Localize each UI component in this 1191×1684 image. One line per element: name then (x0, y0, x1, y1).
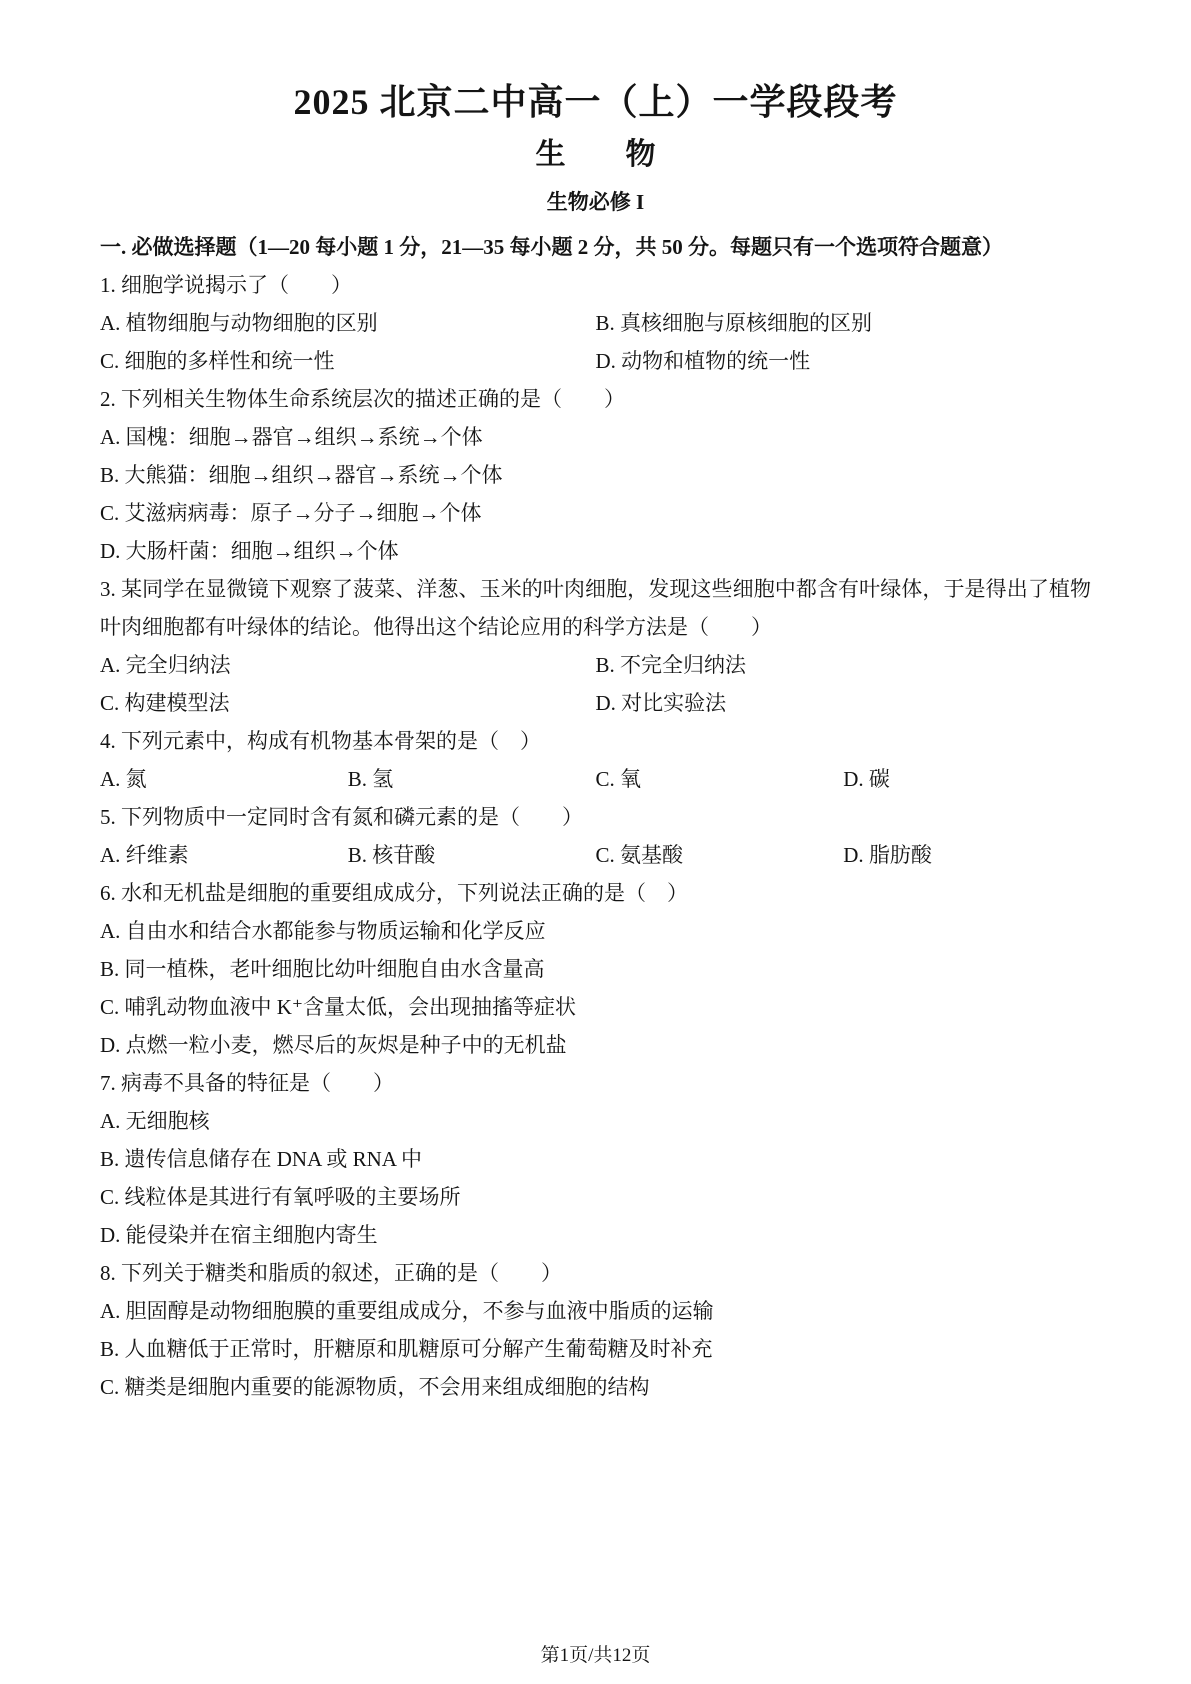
question: 7. 病毒不具备的特征是（ ）A. 无细胞核B. 遗传信息储存在 DNA 或 R… (100, 1064, 1091, 1254)
option: D. 对比实验法 (596, 684, 1092, 722)
options-grid: A. 氮B. 氢C. 氧D. 碳 (100, 760, 1091, 798)
question-stem: 8. 下列关于糖类和脂质的叙述，正确的是（ ） (100, 1254, 1091, 1292)
option: C. 氨基酸 (596, 836, 844, 874)
options-grid: A. 完全归纳法B. 不完全归纳法C. 构建模型法D. 对比实验法 (100, 646, 1091, 722)
question: 3. 某同学在显微镜下观察了菠菜、洋葱、玉米的叶肉细胞，发现这些细胞中都含有叶绿… (100, 570, 1091, 722)
option: B. 氢 (348, 760, 596, 798)
option: B. 人血糖低于正常时，肝糖原和肌糖原可分解产生葡萄糖及时补充 (100, 1330, 1091, 1368)
question: 4. 下列元素中，构成有机物基本骨架的是（ ）A. 氮B. 氢C. 氧D. 碳 (100, 722, 1091, 798)
option: A. 完全归纳法 (100, 646, 596, 684)
option: A. 氮 (100, 760, 348, 798)
option: A. 自由水和结合水都能参与物质运输和化学反应 (100, 912, 1091, 950)
questions: 1. 细胞学说揭示了（ ）A. 植物细胞与动物细胞的区别B. 真核细胞与原核细胞… (100, 266, 1091, 1406)
question: 2. 下列相关生物体生命系统层次的描述正确的是（ ）A. 国槐：细胞→器官→组织… (100, 380, 1091, 570)
option: D. 大肠杆菌：细胞→组织→个体 (100, 532, 1091, 570)
question: 8. 下列关于糖类和脂质的叙述，正确的是（ ）A. 胆固醇是动物细胞膜的重要组成… (100, 1254, 1091, 1406)
option: A. 国槐：细胞→器官→组织→系统→个体 (100, 418, 1091, 456)
question-stem: 2. 下列相关生物体生命系统层次的描述正确的是（ ） (100, 380, 1091, 418)
page-content: 2025 北京二中高一（上）一学段段考 生 物 生物必修 I 一. 必做选择题（… (0, 0, 1191, 1406)
option: D. 点燃一粒小麦，燃尽后的灰烬是种子中的无机盐 (100, 1026, 1091, 1064)
option: A. 无细胞核 (100, 1102, 1091, 1140)
option: D. 脂肪酸 (843, 836, 1091, 874)
option: D. 动物和植物的统一性 (596, 342, 1092, 380)
option: C. 细胞的多样性和统一性 (100, 342, 596, 380)
module-title: 生物必修 I (100, 186, 1091, 218)
exam-page: 2025 北京二中高一（上）一学段段考 生 物 生物必修 I 一. 必做选择题（… (0, 0, 1191, 1684)
option: D. 碳 (843, 760, 1091, 798)
option: A. 胆固醇是动物细胞膜的重要组成成分，不参与血液中脂质的运输 (100, 1292, 1091, 1330)
option: C. 构建模型法 (100, 684, 596, 722)
option: B. 真核细胞与原核细胞的区别 (596, 304, 1092, 342)
option: D. 能侵染并在宿主细胞内寄生 (100, 1216, 1091, 1254)
options-grid: A. 植物细胞与动物细胞的区别B. 真核细胞与原核细胞的区别C. 细胞的多样性和… (100, 304, 1091, 380)
option: B. 不完全归纳法 (596, 646, 1092, 684)
question: 6. 水和无机盐是细胞的重要组成成分，下列说法正确的是（ ）A. 自由水和结合水… (100, 874, 1091, 1064)
option: C. 哺乳动物血液中 K⁺含量太低，会出现抽搐等症状 (100, 988, 1091, 1026)
question-stem: 4. 下列元素中，构成有机物基本骨架的是（ ） (100, 722, 1091, 760)
option: B. 核苷酸 (348, 836, 596, 874)
option: B. 大熊猫：细胞→组织→器官→系统→个体 (100, 456, 1091, 494)
option: A. 纤维素 (100, 836, 348, 874)
question-stem: 3. 某同学在显微镜下观察了菠菜、洋葱、玉米的叶肉细胞，发现这些细胞中都含有叶绿… (100, 570, 1091, 646)
option: C. 氧 (596, 760, 844, 798)
options-grid: A. 胆固醇是动物细胞膜的重要组成成分，不参与血液中脂质的运输B. 人血糖低于正… (100, 1292, 1091, 1406)
page-number: 第1页/共12页 (0, 1644, 1191, 1668)
options-grid: A. 纤维素B. 核苷酸C. 氨基酸D. 脂肪酸 (100, 836, 1091, 874)
page-title: 2025 北京二中高一（上）一学段段考 (100, 78, 1091, 126)
section-heading: 一. 必做选择题（1—20 每小题 1 分，21—35 每小题 2 分，共 50… (100, 228, 1015, 266)
option: C. 线粒体是其进行有氧呼吸的主要场所 (100, 1178, 1091, 1216)
option: B. 同一植株，老叶细胞比幼叶细胞自由水含量高 (100, 950, 1091, 988)
question: 1. 细胞学说揭示了（ ）A. 植物细胞与动物细胞的区别B. 真核细胞与原核细胞… (100, 266, 1091, 380)
question-stem: 1. 细胞学说揭示了（ ） (100, 266, 1091, 304)
question-stem: 5. 下列物质中一定同时含有氮和磷元素的是（ ） (100, 798, 1091, 836)
option: A. 植物细胞与动物细胞的区别 (100, 304, 596, 342)
options-grid: A. 国槐：细胞→器官→组织→系统→个体B. 大熊猫：细胞→组织→器官→系统→个… (100, 418, 1091, 570)
question: 5. 下列物质中一定同时含有氮和磷元素的是（ ）A. 纤维素B. 核苷酸C. 氨… (100, 798, 1091, 874)
options-grid: A. 无细胞核B. 遗传信息储存在 DNA 或 RNA 中C. 线粒体是其进行有… (100, 1102, 1091, 1254)
subject-title: 生 物 (100, 132, 1091, 178)
question-stem: 6. 水和无机盐是细胞的重要组成成分，下列说法正确的是（ ） (100, 874, 1091, 912)
question-stem: 7. 病毒不具备的特征是（ ） (100, 1064, 1091, 1102)
option: C. 艾滋病病毒：原子→分子→细胞→个体 (100, 494, 1091, 532)
option: C. 糖类是细胞内重要的能源物质，不会用来组成细胞的结构 (100, 1368, 1091, 1406)
options-grid: A. 自由水和结合水都能参与物质运输和化学反应B. 同一植株，老叶细胞比幼叶细胞… (100, 912, 1091, 1064)
option: B. 遗传信息储存在 DNA 或 RNA 中 (100, 1140, 1091, 1178)
